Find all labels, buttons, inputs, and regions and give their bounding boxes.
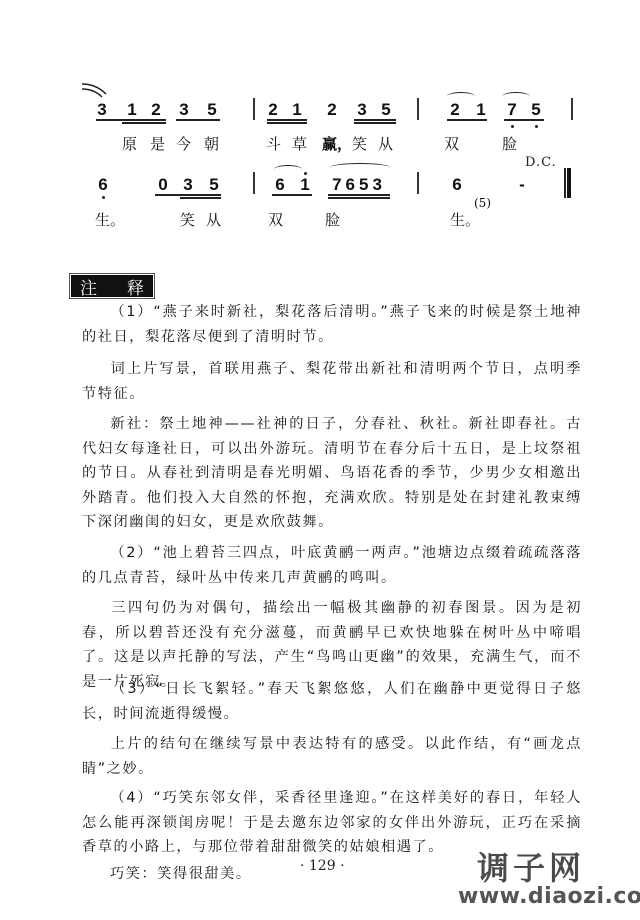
lyric: 赢， [322,133,352,154]
lyric: 朝 [204,133,219,154]
beam-line [155,194,221,196]
lyric: 生。 [450,209,480,230]
beam-line [354,122,396,124]
paragraph-qiaoxiao: 巧笑：笑得很甜美。 [82,862,282,887]
beam-line [272,194,312,196]
lyric: 脸 [502,133,517,154]
lyric: 原 [122,133,137,154]
tie-slur [274,165,302,174]
slur-mark-icon [80,80,110,100]
lyric: 笑 [352,133,367,154]
note: 1 [126,100,138,120]
low-octave-dot [511,125,514,128]
lyric: 从 [378,133,393,154]
page-number: · 129 · [300,858,345,874]
beam-line [122,122,166,124]
lyric: 双 [444,133,459,154]
note: 1 [475,100,487,120]
beam-line [267,122,307,124]
lyric: 是 [150,133,165,154]
beam-line [504,119,544,121]
lyric: 今 [176,133,191,154]
bar-line [417,172,419,194]
da-capo-mark: D.C. [525,155,557,170]
watermark-title: 调子网 [477,843,585,889]
note: 7 [506,100,518,120]
beam-line [180,197,221,199]
paragraph-xinshe: 新社：祭土地神——社神的日子，分春社、秋社。新社即春社。古代妇女每逢社日，可以出… [82,412,582,535]
note: 2 [150,100,162,120]
note: 3 [356,100,368,120]
high-octave-dot [304,172,307,175]
note: 2 [449,100,461,120]
paragraph-commentary-3: 上片的结句在继续写景中表达特有的感受。以此作结，有“画龙点睛”之妙。 [82,732,582,781]
note: 2 [326,100,338,120]
note: 1 [299,175,311,195]
annotation-heading: 注 释 [71,275,153,297]
note: 6 [451,175,463,195]
note: 3 [182,175,194,195]
note: 3 [96,100,108,120]
bar-line [571,98,573,120]
note: 2 [267,100,279,120]
bar-line [253,98,255,120]
note-group: 7653 [328,175,390,195]
annotation-heading-right: 释 [127,274,144,299]
lyric: 从 [206,209,221,230]
lyric: 斗 [266,133,281,154]
lyric: 双 [268,209,283,230]
note: 6 [274,175,286,195]
lyric: 脸 [325,209,340,230]
bar-line [253,172,255,194]
bar-line [417,98,419,120]
lyric: 笑 [180,209,195,230]
beam-line [354,119,396,121]
paragraph-note-1: （1）“燕子来时新社，梨花落后清明。”燕子飞来的时候是祭土地神的社日，梨花落尽便… [82,300,582,349]
note: 6 [97,175,109,195]
note: 5 [380,100,392,120]
footnote-ref: (5) [474,196,491,210]
tie-slur [330,163,390,172]
paragraph-note-2: （2）“池上碧苔三四点，叶底黄鹂一两声。”池塘边点缀着疏疏落落的几点青苔，绿叶丛… [82,541,582,590]
beam-line [96,119,166,121]
note: 5 [530,100,542,120]
beam-line [447,119,487,121]
low-octave-dot [535,125,538,128]
beam-line [267,119,307,121]
note: 3 [178,100,190,120]
note: - [516,175,528,195]
paragraph-commentary-1: 词上片写景，首联用燕子、梨花带出新社和清明两个节日，点明季节特征。 [82,357,582,406]
lyric: 草 [292,133,307,154]
paragraph-note-3: （3）“日长飞絮轻。”春天飞絮悠悠，人们在幽静中更觉得日子悠长，时间流逝得缓慢。 [82,677,582,726]
note: 1 [291,100,303,120]
lyric: 生。 [95,209,125,230]
watermark-url: www.diaozi.com [458,884,640,909]
note: 0 [157,175,169,195]
low-octave-dot [102,196,105,199]
note: 5 [208,175,220,195]
annotation-heading-left: 注 [80,274,97,299]
beam-line [176,119,220,121]
note: 5 [206,100,218,120]
beam-line [328,194,390,196]
beam-line [328,197,390,199]
